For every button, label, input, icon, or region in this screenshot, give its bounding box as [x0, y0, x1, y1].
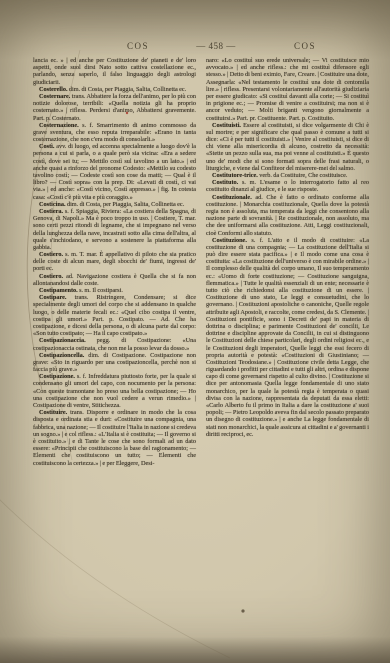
dictionary-entry: Costiero. ad. Navigazione costiera è Que…: [33, 273, 196, 287]
entry-headword: Costì.: [39, 143, 56, 150]
dictionary-entry: lancia ec. » | ed anche per Costituzione…: [33, 57, 196, 86]
dictionary-entry: Costì. avv. di luogo, ed accenna special…: [33, 143, 196, 201]
dictionary-entry: Costipare. trans. Ristringere, Condensar…: [33, 294, 196, 337]
dictionary-entry: Costituto. s. m. L'esame o lo interrogat…: [206, 179, 369, 193]
header-keyword-left: COS: [108, 41, 168, 51]
entry-headword: Costituire.: [39, 409, 70, 416]
page-number: — 458 —: [176, 41, 256, 51]
text-body: lancia ec. » | ed anche per Costituzione…: [33, 57, 369, 467]
dictionary-entry: Costernare. trans. Abbattere la forza de…: [33, 93, 196, 122]
entry-headword: Costituzione.: [212, 237, 251, 244]
entry-headword: Costituisti.: [212, 122, 243, 129]
dictionary-entry: Costituisti. Essere al costituisti, si d…: [206, 122, 369, 172]
entry-headword: Costiero.: [39, 251, 65, 258]
entry-headword: Costernazione.: [39, 122, 82, 129]
entry-headword: Costiera.: [39, 208, 65, 215]
dictionary-entry: naro: «Lo costituì suo erede universale;…: [206, 57, 369, 122]
entry-headword: Costiero.: [39, 273, 66, 280]
entry-headword: Costituto.: [212, 179, 242, 186]
dictionary-entry: Costerello. dim. di Costa, per Piaggia, …: [33, 86, 196, 93]
dictionary-entry: Costipamento. s. m. Il costiparsi.: [33, 287, 196, 294]
entry-headword: Costernare.: [39, 93, 72, 100]
entry-headword: Costipazioncella.: [39, 352, 88, 359]
dictionary-entry: Costituire. trans. Disporre e ordinare i…: [33, 409, 196, 467]
dictionary-entry: Costicina. dim. di Costa, per Piaggia, S…: [33, 201, 196, 208]
entry-headword: Costipazionaccia.: [39, 337, 97, 344]
entry-headword: Costipare.: [39, 294, 75, 301]
dictionary-entry: Costipazione. s. f. Infreddatura piuttos…: [33, 373, 196, 409]
scanned-dictionary-page: COS — 458 — COS lancia ec. » | ed anche …: [0, 0, 390, 663]
entry-headword: Costitutore-trice.: [212, 172, 259, 179]
header-keyword-right: COS: [275, 41, 335, 51]
dictionary-entry: Costernazione. s. f. Smarrimento di anim…: [33, 122, 196, 144]
entry-headword: Costipamento.: [39, 287, 79, 294]
dictionary-entry: Costituzionale. ad. Che è fatto o ordina…: [206, 194, 369, 237]
dictionary-entry: Costiera. s. f. Spiaggia, Riviera: «La c…: [33, 208, 196, 251]
dictionary-entry: Costituzione. s. f. L'atto e il modo di …: [206, 237, 369, 438]
dictionary-entry: Costipazionaccia. pegg. di Costipazione:…: [33, 337, 196, 351]
entry-headword: Costipazione.: [39, 373, 77, 380]
dictionary-entry: Costipazioncella. dim. di Costipazione. …: [33, 352, 196, 374]
column-right: naro: «Lo costituì suo erede universale;…: [206, 57, 369, 467]
running-header: COS — 458 — COS: [0, 41, 390, 55]
entry-headword: Costicina.: [39, 201, 67, 208]
entry-headword: Costituzionale.: [212, 194, 255, 201]
entry-headword: Costerello.: [39, 86, 69, 93]
dictionary-entry: Costiero. s. m. T. mar. È appellativo di…: [33, 251, 196, 273]
column-left: lancia ec. » | ed anche per Costituzione…: [33, 57, 196, 467]
